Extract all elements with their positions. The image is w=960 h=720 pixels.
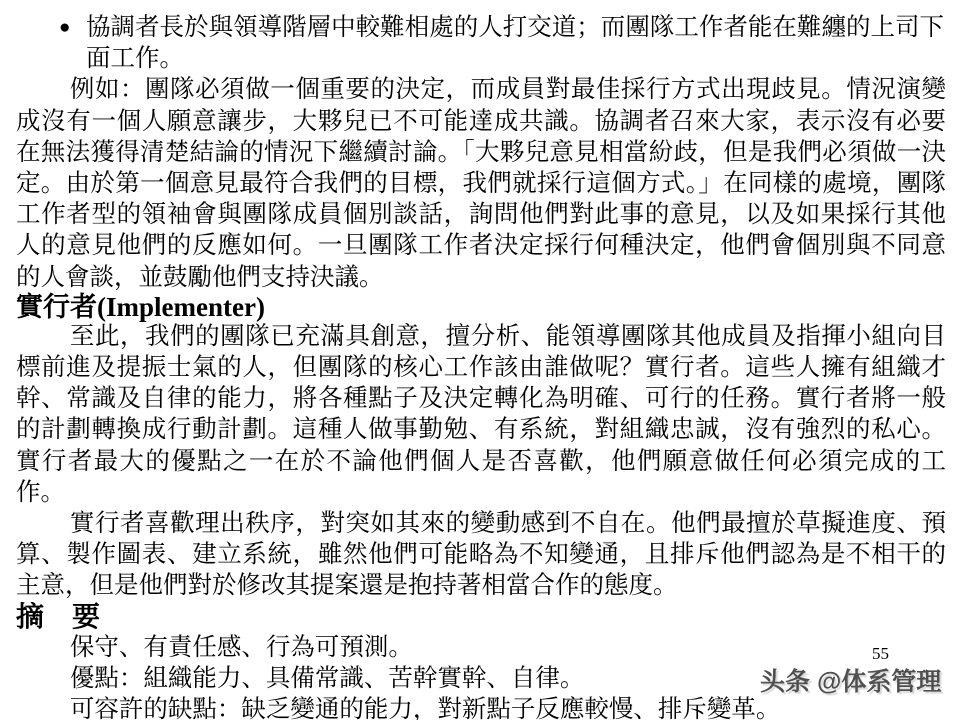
implementer-heading-en: (Implementer) — [97, 292, 265, 322]
summary-line-traits: 保守、有責任感、行為可預測。 — [16, 632, 946, 663]
paragraph-example: 例如：團隊必須做一個重要的決定，而成員對最佳採行方式出現歧見。情況演變成沒有一個… — [16, 74, 946, 292]
summary-line-weaknesses: 可容許的缺點：缺乏變通的能力，對新點子反應較慢、排斥變革。 — [16, 694, 946, 720]
text-column: ● 協調者長於與領導階層中較難相處的人打交道；而團隊工作者能在難纏的上司下面工作… — [0, 12, 960, 720]
implementer-heading-zh: 實行者 — [16, 292, 97, 322]
implementer-section-heading: 實行者(Implementer) — [16, 293, 960, 321]
paragraph-implementer-intro: 至此，我們的團隊已充滿具創意，擅分析、能領導團隊其他成員及指揮小組向目標前進及提… — [16, 321, 946, 508]
watermark-text: 头条 @体系管理 — [760, 667, 941, 697]
bullet-item-text: 協調者長於與領導階層中較難相處的人打交道；而團隊工作者能在難纏的上司下面工作。 — [86, 14, 944, 72]
bullet-list-item: ● 協調者長於與領導階層中較難相處的人打交道；而團隊工作者能在難纏的上司下面工作… — [86, 12, 944, 74]
page-number: 55 — [872, 645, 889, 663]
summary-section-heading: 摘 要 — [16, 602, 960, 632]
bullet-icon: ● — [59, 14, 70, 41]
document-page: ● 協調者長於與領導階層中較難相處的人打交道；而團隊工作者能在難纏的上司下面工作… — [0, 0, 960, 720]
paragraph-implementer-traits: 實行者喜歡理出秩序，對突如其來的變動感到不自在。他們最擅於草擬進度、預算、製作圖… — [16, 508, 946, 602]
